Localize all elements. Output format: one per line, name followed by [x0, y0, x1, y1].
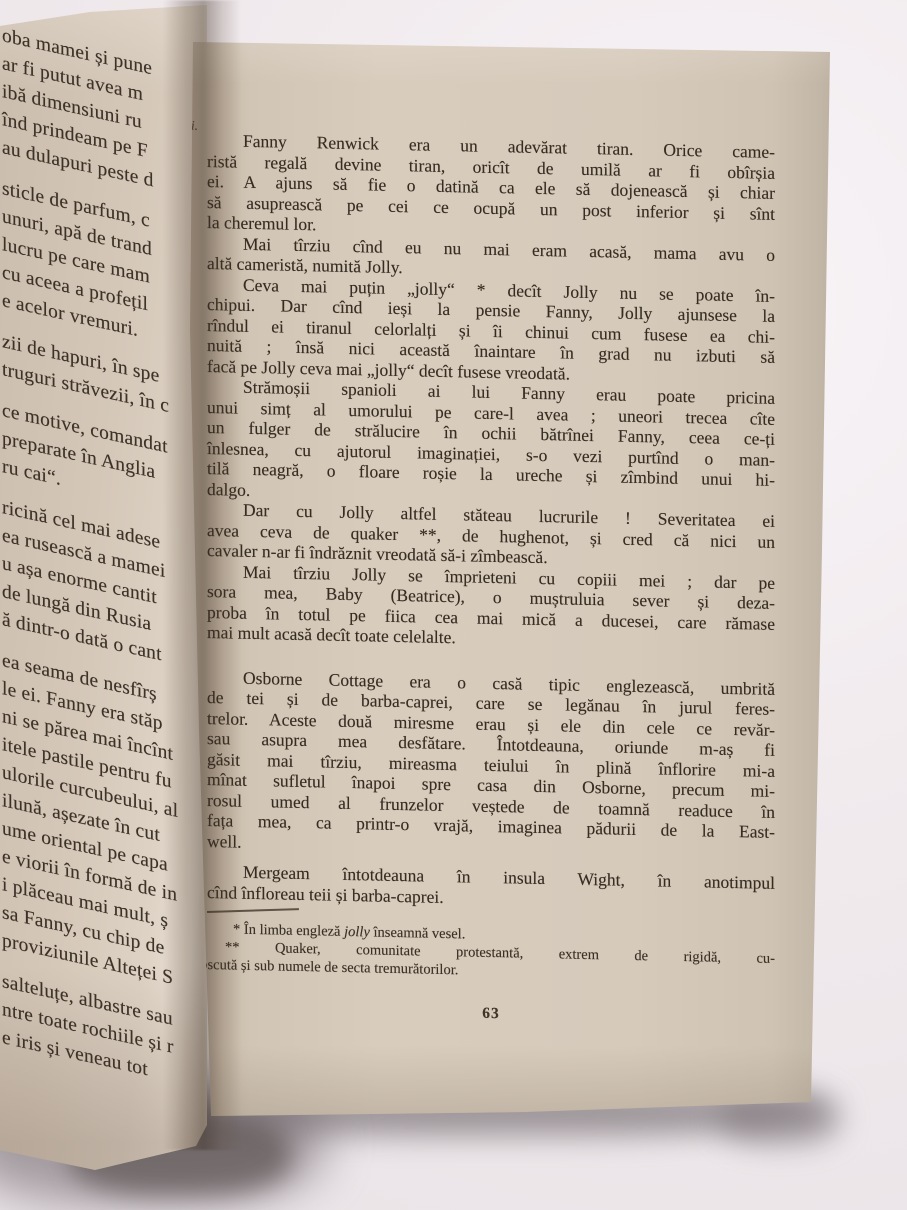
footnote-marker: * În limba engleză: [233, 922, 344, 940]
paragraph: Ceva mai puțin „jolly“ * decît Jolly nu …: [207, 274, 775, 388]
body-paragraphs: Fanny Renwick era un adevărat tiran. Ori…: [207, 130, 775, 914]
left-page: oba mamei și punear fi putut avea mibă d…: [0, 0, 207, 1178]
footnote-separator: [207, 908, 299, 913]
paragraph: Osborne Cottage era o casă tipic engleze…: [207, 667, 775, 863]
right-page: i. Fanny Renwick era un adevărat tiran. …: [185, 30, 837, 1122]
paragraph: Strămoșii spanioli ai lui Fanny erau poa…: [207, 376, 775, 511]
page-number: 63: [207, 998, 775, 1030]
right-page-text: i. Fanny Renwick era un adevărat tiran. …: [207, 130, 775, 1030]
paragraph: Mergeam întotdeauna în insula Wight, în …: [207, 861, 775, 914]
footnotes: * În limba engleză jolly înseamnă vesel.…: [207, 920, 775, 986]
paragraph: Mai tîrziu Jolly se împrieteni cu copiii…: [207, 561, 775, 655]
book-photo: oba mamei și punear fi putut avea mibă d…: [0, 0, 907, 1210]
paragraph: Fanny Renwick era un adevărat tiran. Ori…: [207, 130, 775, 244]
left-page-text-group: ea seama de nesfîrșle ei. Fanny era stăp…: [2, 647, 207, 1015]
footnote-text: înseamnă vesel.: [370, 924, 465, 942]
paragraph: Dar cu Jolly altfel stăteau lucrurile ! …: [207, 499, 775, 572]
left-page-text: oba mamei și punear fi putut avea mibă d…: [2, 22, 207, 1112]
footnote-italic-word: jolly: [344, 924, 370, 941]
